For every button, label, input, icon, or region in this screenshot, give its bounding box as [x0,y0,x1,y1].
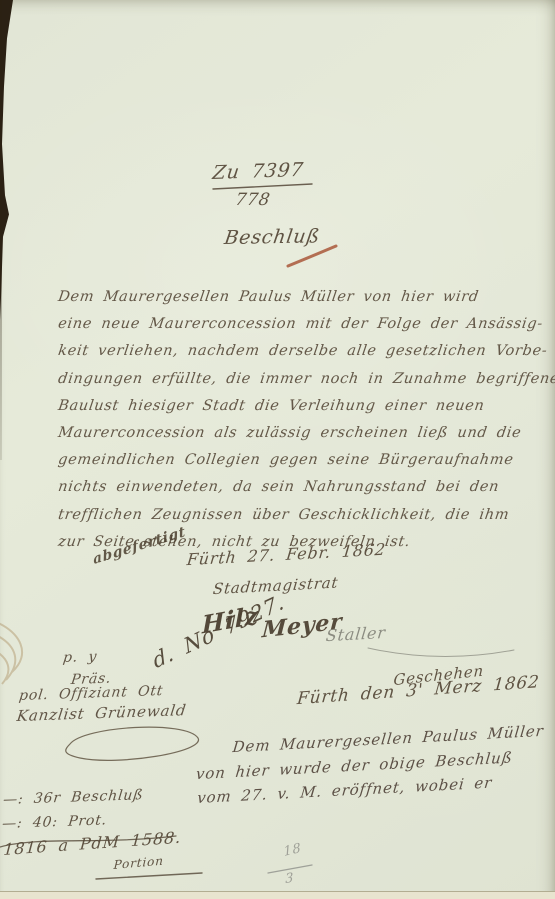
body-line: keit verliehen, nachdem derselbe alle ge… [56,338,520,365]
body-line: Baulust hiesiger Stadt die Verleihung ei… [56,393,520,420]
body-line: nichts einwendeten, da sein Nahrungsstan… [56,474,520,501]
registry-note-portion: Portion [113,854,164,872]
service-note-paragraph: Dem Maurergesellen Paulus Müller von hie… [196,718,555,810]
portion-underline [96,873,202,879]
clerk-signature-flourish [66,727,199,760]
body-line: gemeindlichen Collegien gegen seine Bürg… [56,447,520,474]
reference-number-top: Zu 7397 [211,159,305,184]
clerk-note-officiant: pol. Offiziant Ott [18,683,164,704]
binding-edge-shadow [0,0,18,320]
left-margin-ink-offset [0,622,22,684]
decision-body-paragraph: Dem Maurergesellen Paulus Müller von hie… [60,284,520,556]
body-line: eine neue Maurerconcession mit der Folge… [56,311,520,338]
manuscript-page: Zu 7397 778 Beschluß Dem Maurergesellen … [0,0,555,899]
body-line: Maurerconcession als zulässig erscheinen… [56,420,520,447]
reference-number-bottom: 778 [234,190,272,210]
body-line: dingungen erfüllte, die immer noch in Zu… [56,366,520,393]
clerk-signature: Kanzlist Grünewald [16,701,188,725]
body-line: Dem Maurergesellen Paulus Müller von hie… [56,284,520,311]
folio-denominator-pencil: 3 [285,870,294,887]
underlying-page-edge [0,891,555,899]
registry-note-beschluss: —: 36r Beschluß [2,787,144,808]
document-title: Beschluß [223,225,322,249]
reference-underline [213,184,312,189]
left-page-edge [0,0,2,460]
signature-sweep-line [368,648,514,657]
body-line: trefflichen Zeugnissen über Geschicklich… [56,502,520,529]
signature-third-pencil: Staller [325,623,387,645]
red-underline-stroke [288,246,336,266]
registry-note-protokoll: —: 40: Prot. [1,812,108,832]
clerk-note-initials: p. y [62,649,98,666]
folio-numerator-pencil: 18 [283,841,302,860]
